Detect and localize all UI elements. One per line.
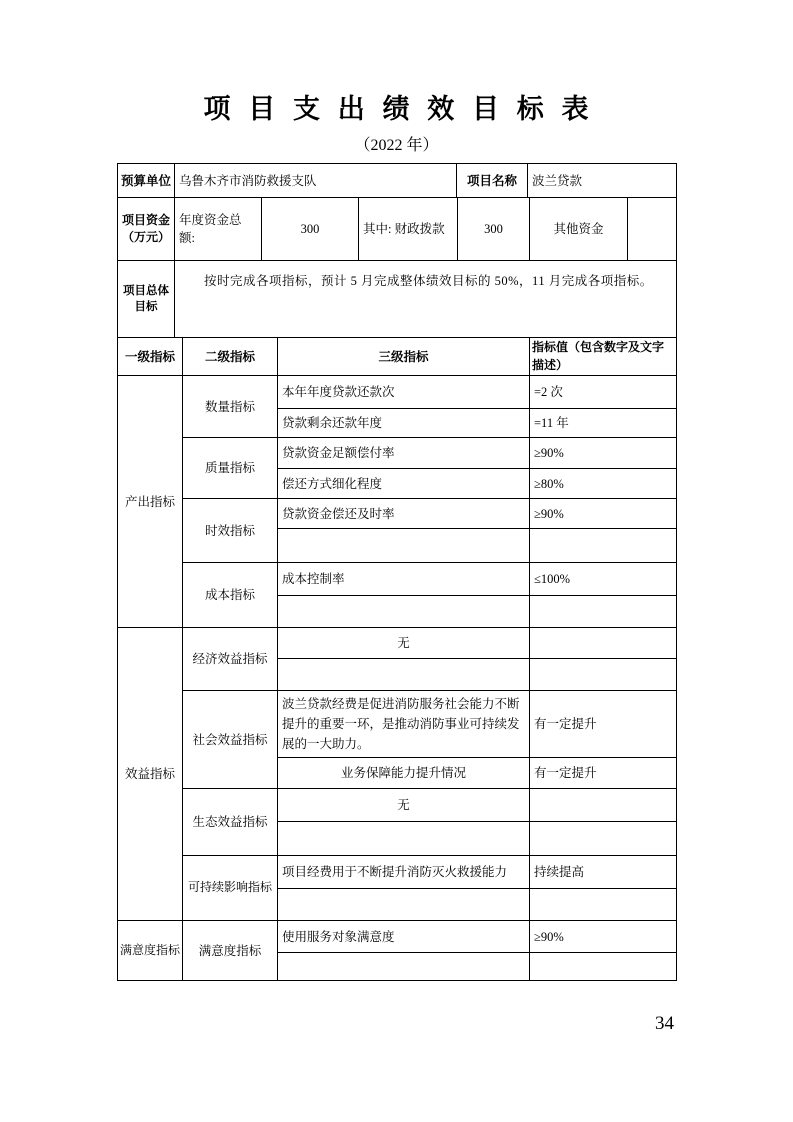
page-subtitle: （2022 年） — [0, 132, 793, 155]
value-cell: ≥90% — [530, 499, 677, 529]
indicator-cell: 偿还方式细化程度 — [278, 469, 530, 499]
annual-total-label: 年度资金总额: — [175, 198, 262, 261]
indicator-cell: 贷款资金足额偿付率 — [278, 438, 530, 469]
level2-indicator: 时效指标 — [183, 499, 278, 563]
value-cell: 持续提高 — [530, 856, 677, 889]
indicator-cell: 无 — [278, 789, 530, 822]
budget-unit-row: 预算单位 乌鲁木齐市消防救援支队 项目名称 波兰贷款 — [117, 163, 677, 198]
value-cell — [530, 659, 677, 691]
table-row: 生态效益指标 无 — [118, 789, 677, 822]
overall-goal-text: 按时完成各项指标，预计 5 月完成整体绩效目标的 50%，11 月完成各项指标。 — [175, 261, 677, 338]
fiscal-allocation-value: 300 — [458, 198, 530, 261]
table-row: 可持续影响指标 项目经费用于不断提升消防灭火救援能力 持续提高 — [118, 856, 677, 889]
value-cell: =11 年 — [530, 409, 677, 438]
table-row: 质量指标 贷款资金足额偿付率 ≥90% — [118, 438, 677, 469]
indicator-cell — [278, 596, 530, 628]
indicator-cell — [278, 659, 530, 691]
value-cell: ≥80% — [530, 469, 677, 499]
value-cell — [530, 529, 677, 563]
annual-total-value: 300 — [262, 198, 359, 261]
document-page: 项 目 支 出 绩 效 目 标 表 （2022 年） 预算单位 乌鲁木齐市消防救… — [0, 0, 793, 1122]
project-name-value: 波兰贷款 — [528, 164, 677, 198]
other-funds-value — [628, 198, 677, 261]
table-row: 产出指标 数量指标 本年年度贷款还款次 =2 次 — [118, 376, 677, 409]
indicator-cell — [278, 529, 530, 563]
indicator-cell: 本年年度贷款还款次 — [278, 376, 530, 409]
value-cell: ≥90% — [530, 921, 677, 953]
indicator-cell — [278, 953, 530, 981]
table-row: 成本指标 成本控制率 ≤100% — [118, 563, 677, 596]
level2-indicator: 数量指标 — [183, 376, 278, 438]
indicator-table: 一级指标 二级指标 三级指标 指标值（包含数字及文字描述） 产出指标 数量指标 … — [117, 337, 677, 981]
indicator-cell — [278, 822, 530, 856]
level2-indicator: 质量指标 — [183, 438, 278, 499]
header-level3: 三级指标 — [278, 338, 530, 376]
value-cell — [530, 628, 677, 659]
table-row: 时效指标 贷款资金偿还及时率 ≥90% — [118, 499, 677, 529]
page-number: 34 — [655, 1013, 674, 1035]
value-cell: ≤100% — [530, 563, 677, 596]
overall-goal-label: 项目总体目标 — [118, 261, 175, 338]
level1-indicator-output: 产出指标 — [118, 376, 183, 628]
level2-indicator: 成本指标 — [183, 563, 278, 628]
page-title: 项 目 支 出 绩 效 目 标 表 — [0, 0, 793, 125]
table-row: 社会效益指标 波兰贷款经费是促进消防服务社会能力不断提升的重要一环，是推动消防事… — [118, 691, 677, 758]
header-value: 指标值（包含数字及文字描述） — [530, 338, 677, 376]
value-cell: ≥90% — [530, 438, 677, 469]
level1-indicator-satisfaction: 满意度指标 — [118, 921, 183, 981]
value-cell — [530, 822, 677, 856]
indicator-cell: 使用服务对象满意度 — [278, 921, 530, 953]
indicator-cell: 业务保障能力提升情况 — [278, 758, 530, 789]
other-funds-label: 其他资金 — [530, 198, 628, 261]
level1-indicator-benefit: 效益指标 — [118, 628, 183, 921]
project-name-label: 项目名称 — [457, 164, 528, 198]
value-cell: 有一定提升 — [530, 758, 677, 789]
indicator-header-row: 一级指标 二级指标 三级指标 指标值（包含数字及文字描述） — [118, 338, 677, 376]
level2-indicator: 可持续影响指标 — [183, 856, 278, 921]
value-cell — [530, 789, 677, 822]
performance-target-table: 预算单位 乌鲁木齐市消防救援支队 项目名称 波兰贷款 项目资金（万元） 年度资金… — [117, 163, 676, 981]
header-level1: 一级指标 — [118, 338, 183, 376]
value-cell — [530, 596, 677, 628]
table-row: 效益指标 经济效益指标 无 — [118, 628, 677, 659]
table-row: 满意度指标 满意度指标 使用服务对象满意度 ≥90% — [118, 921, 677, 953]
project-funds-row: 项目资金（万元） 年度资金总额: 300 其中: 财政拨款 300 其他资金 — [117, 197, 677, 261]
budget-unit-value: 乌鲁木齐市消防救援支队 — [175, 164, 457, 198]
value-cell — [530, 889, 677, 921]
value-cell — [530, 953, 677, 981]
budget-unit-label: 预算单位 — [118, 164, 175, 198]
fiscal-allocation-label: 其中: 财政拨款 — [359, 198, 458, 261]
indicator-cell: 无 — [278, 628, 530, 659]
level2-indicator: 生态效益指标 — [183, 789, 278, 856]
level2-indicator: 满意度指标 — [183, 921, 278, 981]
value-cell: =2 次 — [530, 376, 677, 409]
header-level2: 二级指标 — [183, 338, 278, 376]
indicator-cell: 项目经费用于不断提升消防灭火救援能力 — [278, 856, 530, 889]
project-funds-label: 项目资金（万元） — [118, 198, 175, 261]
indicator-cell: 波兰贷款经费是促进消防服务社会能力不断提升的重要一环，是推动消防事业可持续发展的… — [278, 691, 530, 758]
value-cell: 有一定提升 — [530, 691, 677, 758]
indicator-cell: 贷款剩余还款年度 — [278, 409, 530, 438]
indicator-cell: 成本控制率 — [278, 563, 530, 596]
indicator-cell — [278, 889, 530, 921]
level2-indicator: 社会效益指标 — [183, 691, 278, 789]
indicator-cell: 贷款资金偿还及时率 — [278, 499, 530, 529]
overall-goal-row: 项目总体目标 按时完成各项指标，预计 5 月完成整体绩效目标的 50%，11 月… — [117, 260, 677, 338]
level2-indicator: 经济效益指标 — [183, 628, 278, 691]
